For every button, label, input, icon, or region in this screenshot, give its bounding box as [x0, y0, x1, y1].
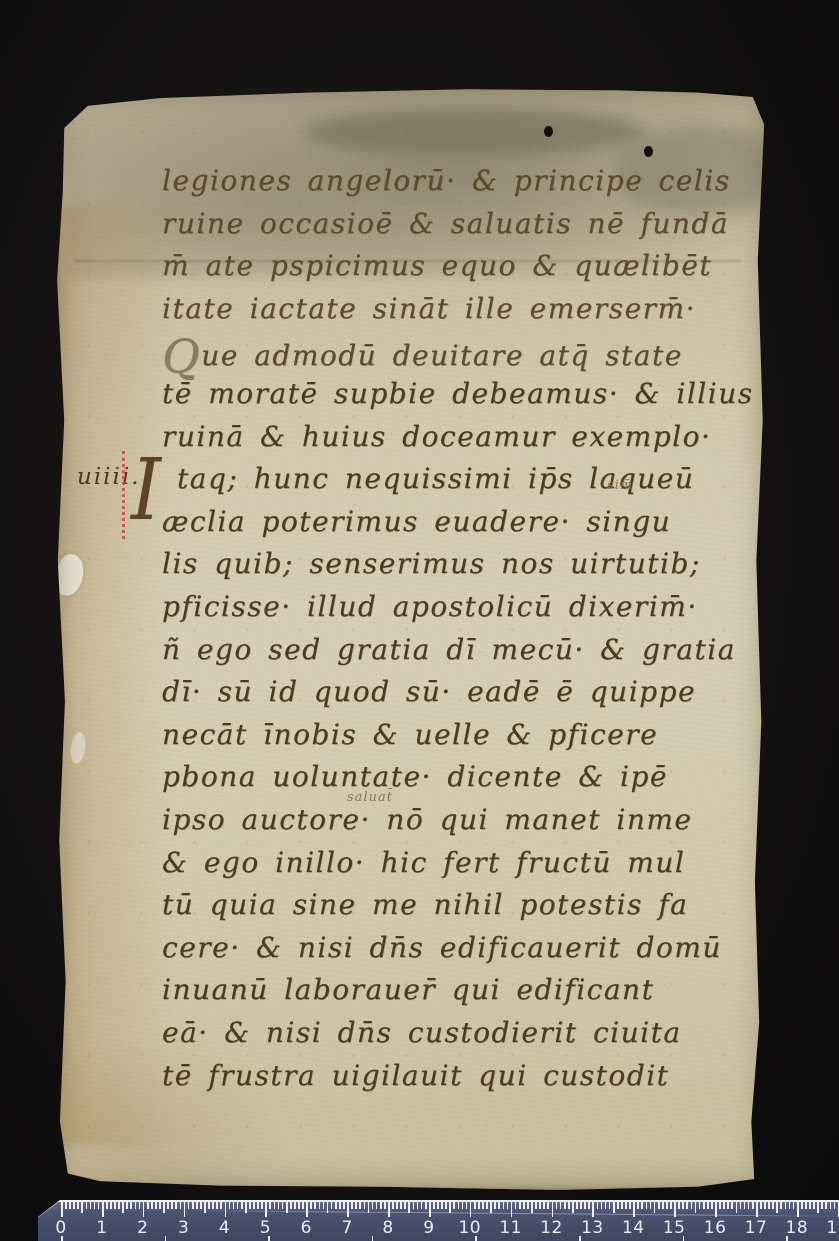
ruler-inch-tick — [268, 1236, 270, 1241]
ruler-tick — [98, 1202, 100, 1209]
ruler-tick — [384, 1202, 386, 1209]
ruler-tick — [147, 1202, 149, 1209]
ruler-number: 11 — [499, 1218, 522, 1238]
ruler-tick — [171, 1202, 173, 1209]
ruler-tick — [503, 1202, 505, 1209]
ruler-number: 10 — [458, 1218, 481, 1238]
ruler-tick — [335, 1202, 337, 1209]
ruler-tick — [453, 1202, 455, 1209]
ruler-tick — [229, 1202, 231, 1209]
ruler-tick — [249, 1202, 251, 1209]
ruler-tick — [118, 1202, 120, 1209]
text-line: tū quia sine me nihil potestis fa — [162, 888, 688, 922]
ruler-tick — [527, 1202, 529, 1209]
ruler-tick — [343, 1202, 345, 1209]
ruler-tick — [274, 1202, 276, 1209]
ruler-tick — [265, 1202, 267, 1217]
ruler-tick — [625, 1202, 627, 1209]
ruler-tick — [535, 1202, 537, 1209]
ruler-tick — [310, 1202, 312, 1209]
ruler-tick — [413, 1202, 415, 1209]
ruler-tick — [821, 1202, 823, 1209]
ruler-tick — [670, 1202, 672, 1209]
ruler-tick — [302, 1202, 304, 1209]
ruler-number: 0 — [55, 1218, 66, 1238]
enlarged-letter: Q — [162, 341, 201, 371]
ruler-number: 4 — [219, 1218, 230, 1238]
ruler-tick — [421, 1202, 423, 1209]
interlinear-gloss: saluat̄ — [347, 790, 393, 805]
ruler-tick — [102, 1202, 104, 1217]
ruler-number: 5 — [260, 1218, 271, 1238]
ruler-tick — [584, 1202, 586, 1209]
ruler-tick — [568, 1202, 570, 1209]
ruler-tick — [135, 1202, 137, 1209]
ruler-tick — [143, 1202, 145, 1217]
text-line: ñ ego sed gratia dī mecū· & gratia — [162, 633, 736, 667]
ruler-tick — [801, 1202, 803, 1209]
ruler-tick — [613, 1202, 615, 1213]
ruler-number: 15 — [663, 1218, 686, 1238]
ruler-tick — [539, 1202, 541, 1209]
ruler-tick — [691, 1202, 693, 1209]
ruler-tick — [376, 1202, 378, 1209]
ruler-tick — [531, 1202, 533, 1213]
ruler-tick — [580, 1202, 582, 1209]
ruler-tick — [768, 1202, 770, 1209]
text-line: dī· sū id quod sū· eadē ē quippe — [162, 675, 696, 709]
ruler-tick — [216, 1202, 218, 1209]
ruler-tick — [830, 1202, 832, 1209]
ruler-tick — [793, 1202, 795, 1209]
ruler-tick — [564, 1202, 566, 1209]
ruler-tick — [458, 1202, 460, 1209]
text-line: & ego inillo· hic fert fructū mul — [162, 846, 685, 880]
ruler-tick — [572, 1202, 574, 1213]
ruler-tick — [776, 1202, 778, 1213]
ruler-tick — [547, 1202, 549, 1209]
ruler-tick — [650, 1202, 652, 1209]
ruler-tick — [380, 1202, 382, 1209]
ruler-tick — [560, 1202, 562, 1209]
ruler-tick — [576, 1202, 578, 1209]
ruler-tick — [466, 1202, 468, 1209]
ruler-tick — [682, 1202, 684, 1209]
ruler-tick — [490, 1202, 492, 1213]
ruler-tick — [764, 1202, 766, 1209]
ruler-tick — [208, 1202, 210, 1209]
ruler-number: 12 — [540, 1218, 563, 1238]
text-line: ipso auctore· nō qui manet inme — [162, 803, 693, 837]
ruler-tick — [237, 1202, 239, 1209]
ruler-tick — [188, 1202, 190, 1209]
scratch-line — [188, 1210, 839, 1217]
ruler-tick — [257, 1202, 259, 1209]
ruler-tick — [200, 1202, 202, 1209]
ruler-tick — [744, 1202, 746, 1209]
ruler-tick — [364, 1202, 366, 1209]
ruler-tick — [81, 1202, 83, 1213]
text-line: tē frustra uigilauit qui custodit — [162, 1059, 669, 1093]
ruler-chamfer-edge — [36, 1199, 60, 1218]
ruler-tick — [731, 1202, 733, 1209]
ruler-tick — [703, 1202, 705, 1209]
ruler-number: 9 — [423, 1218, 434, 1238]
text-line: pbona uoluntate· dicente & ipē — [162, 760, 668, 794]
text-line: pficisse· illud apostolicū dixerim̄· — [162, 590, 698, 624]
ruler-tick — [306, 1202, 308, 1217]
ruler-tick — [707, 1202, 709, 1209]
ruler-tick — [552, 1202, 554, 1217]
ruler-tick — [699, 1202, 701, 1209]
ruler-tick — [106, 1202, 108, 1209]
ruler-inch-tick — [372, 1236, 374, 1241]
ruler-tick — [523, 1202, 525, 1209]
ruler-tick — [388, 1202, 390, 1217]
ruler-tick — [678, 1202, 680, 1209]
ruler-tick — [543, 1202, 545, 1209]
ruler-inch-tick — [786, 1236, 788, 1241]
text-line: itate iactate sināt ille emerserm̄· — [162, 292, 696, 326]
ruler-tick — [511, 1202, 513, 1217]
ruler-tick — [445, 1202, 447, 1209]
ruler-tick — [400, 1202, 402, 1209]
ruler-number: 19 — [826, 1218, 839, 1238]
ruler-tick — [629, 1202, 631, 1209]
ruler-tick — [711, 1202, 713, 1209]
text-line: legiones angelorū· & principe celis — [162, 164, 731, 198]
ruler-tick — [748, 1202, 750, 1209]
ruler-tick — [646, 1202, 648, 1209]
ruler-tick — [813, 1202, 815, 1209]
ruler-tick — [404, 1202, 406, 1209]
ruler-tick — [77, 1202, 79, 1209]
ruler-tick — [323, 1202, 325, 1209]
ruler-number: 3 — [178, 1218, 189, 1238]
ruler-tick — [417, 1202, 419, 1209]
ruler-number: 7 — [341, 1218, 352, 1238]
ruler-tick — [163, 1202, 165, 1213]
ruler-tick — [408, 1202, 410, 1213]
ruler-tick — [641, 1202, 643, 1209]
ruler-tick — [180, 1202, 182, 1209]
ruler-number: 2 — [137, 1218, 148, 1238]
ruler-tick — [314, 1202, 316, 1209]
ruler-tick — [429, 1202, 431, 1217]
ruler-tick — [605, 1202, 607, 1209]
ruler-tick — [662, 1202, 664, 1209]
ruler-tick — [94, 1202, 96, 1209]
ruler-tick — [339, 1202, 341, 1209]
text-line: lis quib; senserimus nos uirtutib; — [162, 547, 701, 581]
ruler-inch-tick — [683, 1236, 685, 1241]
ruler-tick — [752, 1202, 754, 1209]
ruler-tick — [462, 1202, 464, 1209]
ruler-number: 17 — [745, 1218, 768, 1238]
ruler-tick — [654, 1202, 656, 1213]
ruler-tick — [241, 1202, 243, 1209]
ruler-tick — [175, 1202, 177, 1209]
ruler-tick — [433, 1202, 435, 1209]
ruler-tick — [507, 1202, 509, 1209]
ruler-tick — [621, 1202, 623, 1209]
ruler-tick — [727, 1202, 729, 1209]
ruler-tick — [167, 1202, 169, 1209]
ruler-tick — [396, 1202, 398, 1209]
ruler-tick — [780, 1202, 782, 1209]
ruler-tick — [65, 1202, 67, 1209]
ruler-tick — [789, 1202, 791, 1209]
ruler-tick — [110, 1202, 112, 1209]
ruler-tick — [719, 1202, 721, 1209]
text-block: legiones angelorū· & principe celisruine… — [55, 86, 767, 1190]
ruler-tick — [86, 1202, 88, 1209]
ruler-tick — [834, 1202, 836, 1209]
ruler-tick — [478, 1202, 480, 1209]
ruler-tick — [515, 1202, 517, 1209]
ruler-tick — [69, 1202, 71, 1209]
text-line: inuanū laborauer̄ qui edificant — [162, 973, 654, 1007]
ruler-tick — [817, 1202, 819, 1213]
ruler-tick — [61, 1202, 63, 1217]
ruler-tick — [617, 1202, 619, 1209]
text-line: necāt īnobis & uelle & pficere — [162, 718, 658, 752]
text-line: Que admodū deuitare atq̄ state — [162, 334, 683, 373]
ruler-tick — [736, 1202, 738, 1213]
ruler-tick — [686, 1202, 688, 1209]
ruler-tick — [151, 1202, 153, 1209]
ruler-tick — [601, 1202, 603, 1209]
ruler-number: 8 — [382, 1218, 393, 1238]
ruler-tick — [184, 1202, 186, 1217]
ruler-tick — [278, 1202, 280, 1209]
ruler-tick — [482, 1202, 484, 1209]
interlinear-gloss: sim̄ — [607, 478, 633, 493]
ruler-tick — [114, 1202, 116, 1209]
ruler-tick — [498, 1202, 500, 1209]
ruler-inch-tick — [475, 1236, 477, 1241]
ruler-tick — [359, 1202, 361, 1209]
ruler-tick — [192, 1202, 194, 1209]
ruler-tick — [637, 1202, 639, 1209]
text-line: ruine occasioē & saluatis nē fundā — [162, 207, 729, 241]
ruler-tick — [695, 1202, 697, 1213]
ruler-tick — [331, 1202, 333, 1209]
ruler-number: 13 — [581, 1218, 604, 1238]
ruler-tick — [597, 1202, 599, 1209]
ruler-tick — [269, 1202, 271, 1209]
ruler-tick — [392, 1202, 394, 1209]
text-line: eā· & nisi dn̄s custodierit ciuita — [162, 1016, 682, 1050]
photograph-stage: uiiii. I legiones angelorū· & principe c… — [0, 0, 839, 1241]
ruler-tick — [437, 1202, 439, 1209]
ruler-tick — [519, 1202, 521, 1209]
ruler-number: 14 — [622, 1218, 645, 1238]
ruler-tick — [351, 1202, 353, 1209]
ruler-tick — [658, 1202, 660, 1209]
ruler-tick — [494, 1202, 496, 1209]
ruler-tick — [588, 1202, 590, 1209]
ruler-tick — [372, 1202, 374, 1209]
ruler-tick — [282, 1202, 284, 1209]
ruler-tick — [355, 1202, 357, 1209]
ruler-number: 16 — [704, 1218, 727, 1238]
ruler-tick — [486, 1202, 488, 1209]
parchment-leaf: uiiii. I legiones angelorū· & principe c… — [55, 86, 767, 1190]
ruler-tick — [122, 1202, 124, 1213]
ruler-tick — [474, 1202, 476, 1209]
ruler-tick — [294, 1202, 296, 1209]
ruler-tick — [139, 1202, 141, 1209]
ruler-tick — [470, 1202, 472, 1217]
ruler-tick — [785, 1202, 787, 1209]
text-line: cere· & nisi dn̄s edificauerit domū — [162, 931, 722, 965]
ruler-tick — [825, 1202, 827, 1209]
ruler-tick — [253, 1202, 255, 1209]
ruler-tick — [760, 1202, 762, 1209]
ruler-tick — [290, 1202, 292, 1209]
text-line: m̄ ate pspicimus equo & quælibēt — [162, 249, 712, 283]
ruler-tick — [809, 1202, 811, 1209]
ruler-tick — [666, 1202, 668, 1209]
ruler-tick — [130, 1202, 132, 1209]
ruler-tick — [347, 1202, 349, 1217]
ruler-number: 6 — [301, 1218, 312, 1238]
ruler-tick — [261, 1202, 263, 1209]
ruler-tick — [425, 1202, 427, 1209]
text-line: ruinā & huius doceamur exemplo· — [162, 420, 711, 454]
ruler-tick — [90, 1202, 92, 1209]
ruler-tick — [196, 1202, 198, 1209]
ruler-tick — [449, 1202, 451, 1213]
ruler-tick — [319, 1202, 321, 1209]
ruler-inch-tick — [165, 1236, 167, 1241]
text-line: æclia poterimus euadere· singu — [162, 505, 671, 539]
ruler-tick — [556, 1202, 558, 1209]
measuring-ruler: 012345678910111213141516171819 — [38, 1200, 839, 1241]
ruler-tick — [441, 1202, 443, 1209]
ruler-tick — [609, 1202, 611, 1209]
ruler-number: 18 — [786, 1218, 809, 1238]
ruler-tick — [233, 1202, 235, 1209]
ruler-tick — [298, 1202, 300, 1209]
ruler-number: 1 — [96, 1218, 107, 1238]
ruler-inch-tick — [579, 1236, 581, 1241]
ruler-tick — [159, 1202, 161, 1209]
ruler-tick — [155, 1202, 157, 1209]
ruler-tick — [740, 1202, 742, 1209]
ruler-tick — [73, 1202, 75, 1209]
ruler-tick — [212, 1202, 214, 1209]
text-line: tē moratē supbie debeamus· & illius — [162, 377, 754, 411]
ruler-tick — [126, 1202, 128, 1209]
ruler-tick — [805, 1202, 807, 1209]
ruler-tick — [220, 1202, 222, 1209]
ruler-inch-tick — [61, 1236, 63, 1241]
ruler-tick — [772, 1202, 774, 1209]
ruler-tick — [723, 1202, 725, 1209]
